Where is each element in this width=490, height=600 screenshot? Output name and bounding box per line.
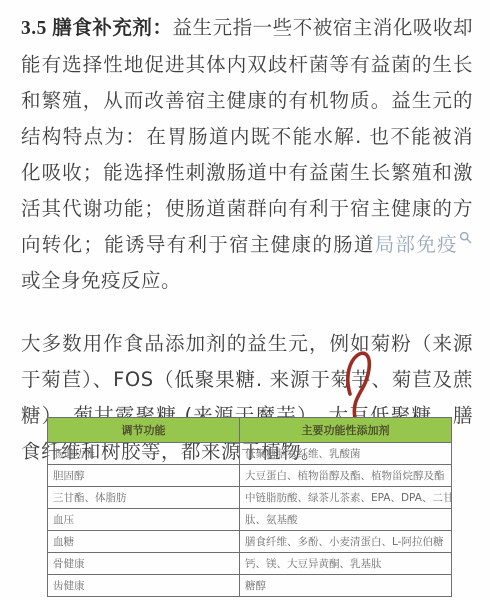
table-header-row: 调节功能 主要功能性添加剂: [48, 418, 452, 443]
search-icon[interactable]: [459, 231, 472, 244]
table-row: 肠道功能 低聚糖膳食纤维、乳酸菌: [48, 443, 452, 465]
table-row: 骨健康 钙、镁、大豆异黄酮、乳基肽: [48, 553, 452, 575]
table-row: 血糖 膳食纤维、多酚、小麦清蛋白、L-阿拉伯糖: [48, 531, 452, 553]
header-regulating-function: 调节功能: [48, 418, 240, 443]
text-column: 3.5 膳食补充剂：益生元指一些不被宿主消化吸收却能有选择性地促进其体内双歧杆菌…: [21, 10, 473, 470]
cell-function: 肠道功能: [48, 443, 240, 465]
document-page: 3.5 膳食补充剂：益生元指一些不被宿主消化吸收却能有选择性地促进其体内双歧杆菌…: [0, 0, 490, 600]
header-main-functional-additive: 主要功能性添加剂: [240, 418, 452, 443]
cell-function: 血糖: [48, 531, 240, 553]
section-heading: 3.5 膳食补充剂：: [21, 18, 173, 39]
table-row: 血压 肽、氨基酸: [48, 509, 452, 531]
cell-function: 胆固醇: [48, 465, 240, 487]
cell-additives: 钙、镁、大豆异黄酮、乳基肽: [240, 553, 452, 575]
cell-additives: 糖醇: [240, 575, 452, 597]
functional-additives-table: 调节功能 主要功能性添加剂 肠道功能 低聚糖膳食纤维、乳酸菌 胆固醇 大豆蛋白、…: [47, 417, 452, 597]
cell-additives: 中链脂肪酸、绿茶儿茶素、EPA、DPA、二甘油酯: [240, 487, 452, 509]
table-row: 胆固醇 大豆蛋白、植物甾醇及酯、植物甾烷醇及酯: [48, 465, 452, 487]
cell-function: 骨健康: [48, 553, 240, 575]
cell-function: 齿健康: [48, 575, 240, 597]
paragraph-text-after-link: 或全身免疫反应。: [21, 269, 181, 292]
cell-additives: 肽、氨基酸: [240, 509, 452, 531]
cell-additives: 低聚糖膳食纤维、乳酸菌: [240, 443, 452, 465]
table-row: 齿健康 糖醇: [48, 575, 452, 597]
paragraph-prebiotics-definition: 3.5 膳食补充剂：益生元指一些不被宿主消化吸收却能有选择性地促进其体内双歧杆菌…: [21, 10, 473, 299]
cell-additives: 膳食纤维、多酚、小麦清蛋白、L-阿拉伯糖: [240, 531, 452, 553]
table-row: 三甘酯、体脂肪 中链脂肪酸、绿茶儿茶素、EPA、DPA、二甘油酯: [48, 487, 452, 509]
cell-function: 血压: [48, 509, 240, 531]
link-local-immunity[interactable]: 局部免疫: [375, 233, 458, 256]
cell-additives: 大豆蛋白、植物甾醇及酯、植物甾烷醇及酯: [240, 465, 452, 487]
paragraph-text-before-link: 益生元指一些不被宿主消化吸收却能有选择性地促进其体内双歧杆菌等有益菌的生长和繁殖…: [21, 16, 473, 256]
cell-function: 三甘酯、体脂肪: [48, 487, 240, 509]
